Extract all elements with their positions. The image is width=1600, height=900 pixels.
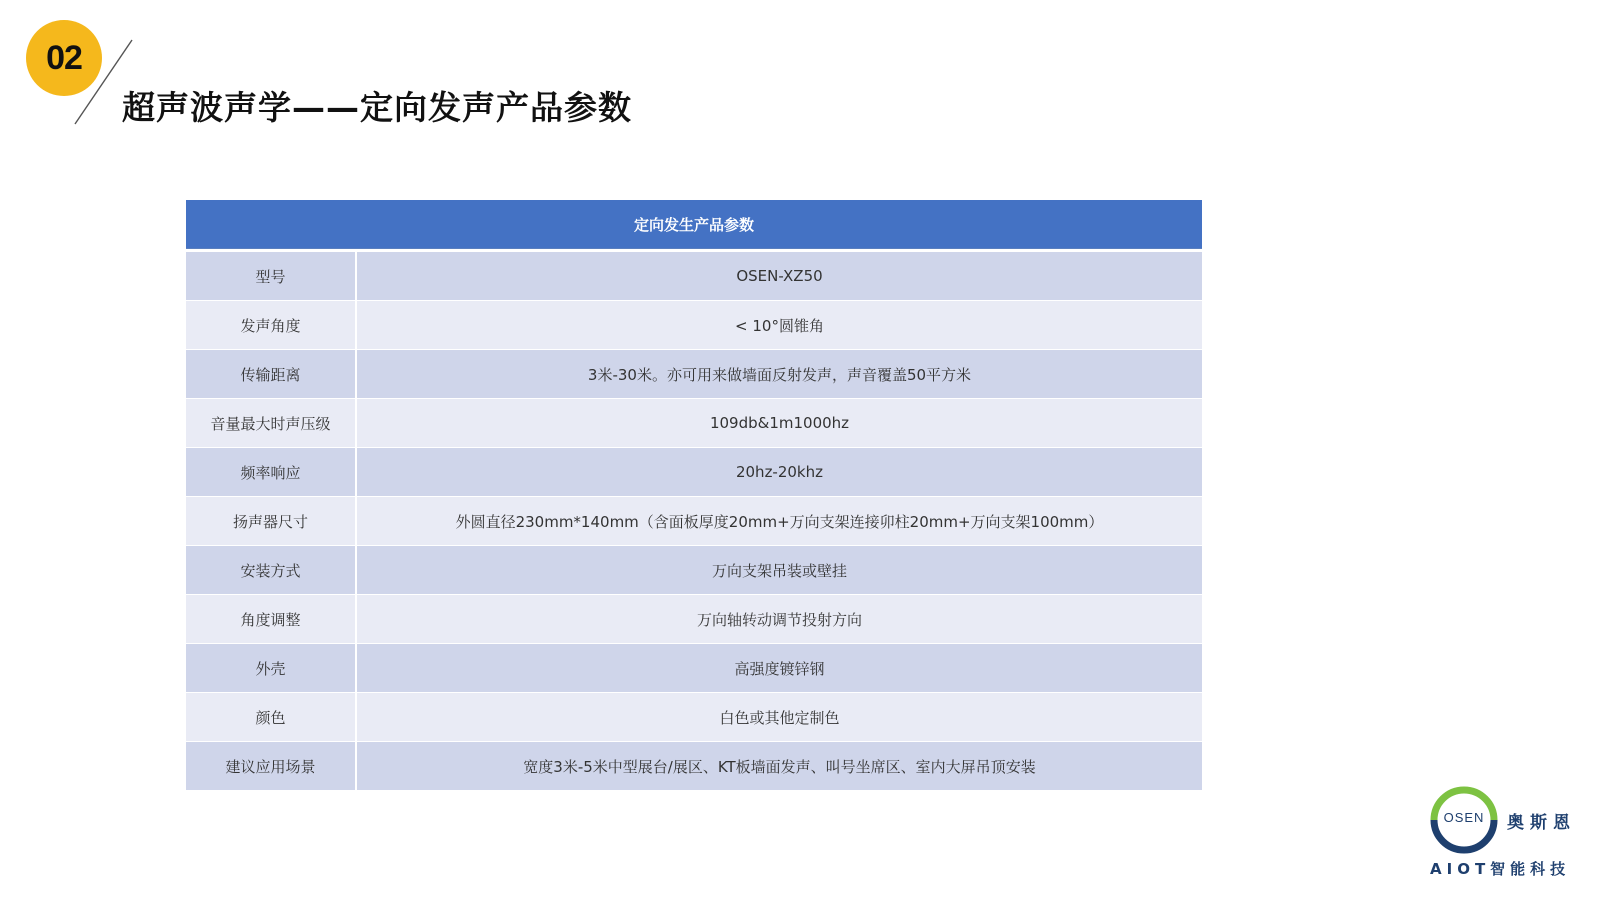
row-label: 发声角度 xyxy=(186,301,357,349)
company-logo: OSEN 奥斯恩 AIOT智能科技 xyxy=(1430,786,1600,886)
page-title: 超声波声学——定向发声产品参数 xyxy=(122,82,632,129)
row-value: 外圆直径230mm*140mm（含面板厚度20mm+万向支架连接卯柱20mm+万… xyxy=(357,497,1202,545)
table-row: 建议应用场景 宽度3米-5米中型展台/展区、KT板墙面发声、叫号坐席区、室内大屏… xyxy=(186,742,1202,791)
parameter-table: 定向发生产品参数 型号 OSEN-XZ50 发声角度 < 10°圆锥角 传输距离… xyxy=(186,200,1202,791)
logo-ring-text: OSEN xyxy=(1430,810,1498,825)
table-row: 颜色 白色或其他定制色 xyxy=(186,693,1202,742)
table-row: 发声角度 < 10°圆锥角 xyxy=(186,301,1202,350)
table-row: 传输距离 3米-30米。亦可用来做墙面反射发声，声音覆盖50平方米 xyxy=(186,350,1202,399)
table-row: 安装方式 万向支架吊装或壁挂 xyxy=(186,546,1202,595)
row-value: 万向支架吊装或壁挂 xyxy=(357,546,1202,594)
logo-tagline: AIOT智能科技 xyxy=(1430,858,1570,879)
row-value: 3米-30米。亦可用来做墙面反射发声，声音覆盖50平方米 xyxy=(357,350,1202,398)
row-label: 传输距离 xyxy=(186,350,357,398)
row-label: 外壳 xyxy=(186,644,357,692)
row-value: 109db&1m1000hz xyxy=(357,399,1202,447)
table-row: 扬声器尺寸 外圆直径230mm*140mm（含面板厚度20mm+万向支架连接卯柱… xyxy=(186,497,1202,546)
table-row: 角度调整 万向轴转动调节投射方向 xyxy=(186,595,1202,644)
row-value: OSEN-XZ50 xyxy=(357,252,1202,300)
row-value: 宽度3米-5米中型展台/展区、KT板墙面发声、叫号坐席区、室内大屏吊顶安装 xyxy=(357,742,1202,790)
row-label: 扬声器尺寸 xyxy=(186,497,357,545)
section-number-badge: 02 xyxy=(26,20,102,96)
table-row: 频率响应 20hz-20khz xyxy=(186,448,1202,497)
table-row: 音量最大时声压级 109db&1m1000hz xyxy=(186,399,1202,448)
row-value: 高强度镀锌钢 xyxy=(357,644,1202,692)
row-label: 音量最大时声压级 xyxy=(186,399,357,447)
row-value: 20hz-20khz xyxy=(357,448,1202,496)
logo-brand-name: 奥斯恩 xyxy=(1507,808,1576,833)
row-label: 安装方式 xyxy=(186,546,357,594)
row-value: 万向轴转动调节投射方向 xyxy=(357,595,1202,643)
table-row: 外壳 高强度镀锌钢 xyxy=(186,644,1202,693)
row-value: < 10°圆锥角 xyxy=(357,301,1202,349)
row-value: 白色或其他定制色 xyxy=(357,693,1202,741)
row-label: 建议应用场景 xyxy=(186,742,357,790)
row-label: 角度调整 xyxy=(186,595,357,643)
row-label: 型号 xyxy=(186,252,357,300)
table-header: 定向发生产品参数 xyxy=(186,200,1202,249)
row-label: 频率响应 xyxy=(186,448,357,496)
table-row: 型号 OSEN-XZ50 xyxy=(186,252,1202,301)
row-label: 颜色 xyxy=(186,693,357,741)
